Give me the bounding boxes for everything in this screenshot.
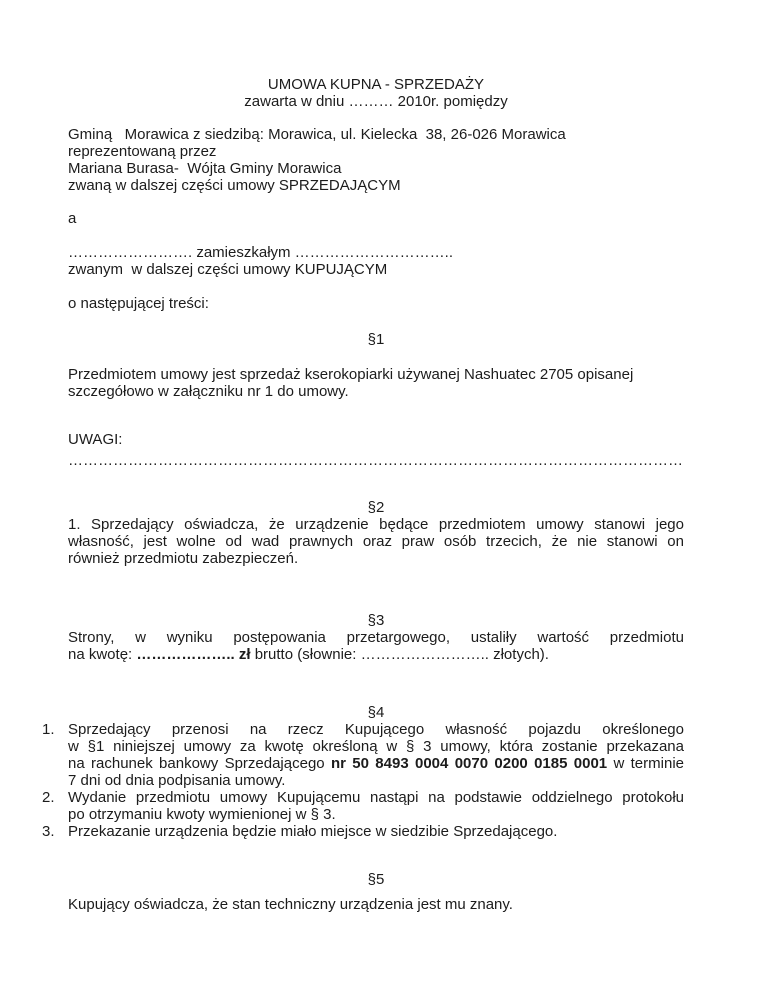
- section-2-line-2: własność, jest wolne od wad prawnych ora…: [68, 533, 684, 550]
- seller-line-4: zwaną w dalszej części umowy SPRZEDAJĄCY…: [68, 177, 684, 194]
- document-date-line: zawarta w dniu ……… 2010r. pomiędzy: [68, 93, 684, 110]
- list-item-3-line-1: Przekazanie urządzenia będzie miało miej…: [68, 823, 684, 840]
- section-2-line-3: również przedmiotu zabezpieczeń.: [68, 550, 684, 567]
- remarks-fill-dots: ……………………………………………………………………………………………………………: [68, 452, 684, 469]
- seller-block: Gminą Morawica z siedzibą: Morawica, ul.…: [68, 126, 684, 194]
- list-item-1: 1. Sprzedający przenosi na rzecz Kupując…: [42, 721, 684, 789]
- list-item-1-line-3: na rachunek bankowy Sprzedającego nr 50 …: [68, 755, 684, 772]
- list-item-3-body: Przekazanie urządzenia będzie miało miej…: [68, 823, 684, 840]
- section-1-heading: §1: [68, 331, 684, 348]
- list-item-1-number: 1.: [42, 721, 68, 738]
- list-item-2-line-1: Wydanie przedmiotu umowy Kupującemu nast…: [68, 789, 684, 806]
- bank-account-suffix: w terminie: [607, 755, 684, 772]
- list-item-2-body: Wydanie przedmiotu umowy Kupującemu nast…: [68, 789, 684, 823]
- remarks-block: UWAGI: …………………………………………………………………………………………: [68, 431, 684, 469]
- amount-placeholder: ……………….. zł: [136, 646, 250, 663]
- buyer-block: ……………………. zamieszkałym ………………………….. zwan…: [68, 244, 684, 278]
- document-title: UMOWA KUPNA - SPRZEDAŻY: [68, 76, 684, 93]
- preamble: o następującej treści:: [68, 295, 684, 312]
- list-item-2-number: 2.: [42, 789, 68, 806]
- amount-words: brutto (słownie: …………………….. złotych).: [251, 646, 549, 663]
- list-item-1-body: Sprzedający przenosi na rzecz Kupującego…: [68, 721, 684, 789]
- list-item-3: 3. Przekazanie urządzenia będzie miało m…: [42, 823, 684, 840]
- section-2-body: 1. Sprzedający oświadcza, że urządzenie …: [68, 516, 684, 567]
- list-item-1-line-4: 7 dni od dnia podpisania umowy.: [68, 772, 684, 789]
- buyer-line-1: ……………………. zamieszkałym …………………………..: [68, 244, 684, 261]
- bank-account-label: na rachunek bankowy Sprzedającego: [68, 755, 331, 772]
- section-5-body: Kupujący oświadcza, że stan techniczny u…: [68, 896, 684, 913]
- section-1-line-2: szczegółowo w załączniku nr 1 do umowy.: [68, 383, 684, 400]
- list-item-3-number: 3.: [42, 823, 68, 840]
- section-3-body: Strony, w wyniku postępowania przetargow…: [68, 629, 684, 663]
- list-item-2: 2. Wydanie przedmiotu umowy Kupującemu n…: [42, 789, 684, 823]
- section-3-line-1: Strony, w wyniku postępowania przetargow…: [68, 629, 684, 646]
- section-1-line-1: Przedmiotem umowy jest sprzedaż kserokop…: [68, 366, 684, 383]
- buyer-line-2: zwanym w dalszej części umowy KUPUJĄCYM: [68, 261, 684, 278]
- seller-line-2: reprezentowaną przez: [68, 143, 684, 160]
- section-2-heading: §2: [68, 499, 684, 516]
- list-item-2-line-2: po otrzymaniu kwoty wymienionej w § 3.: [68, 806, 684, 823]
- section-4-list: 1. Sprzedający przenosi na rzecz Kupując…: [42, 721, 684, 840]
- section-4-heading: §4: [68, 704, 684, 721]
- seller-line-1: Gminą Morawica z siedzibą: Morawica, ul.…: [68, 126, 684, 143]
- amount-label: na kwotę:: [68, 646, 136, 663]
- section-3-line-2: na kwotę: ……………….. zł brutto (słownie: ……: [68, 646, 684, 663]
- section-3-heading: §3: [68, 612, 684, 629]
- bank-account-number: nr 50 8493 0004 0070 0200 0185 0001: [331, 755, 607, 772]
- remarks-label: UWAGI:: [68, 431, 684, 448]
- list-item-1-line-1: Sprzedający przenosi na rzecz Kupującego…: [68, 721, 684, 738]
- section-2-line-1: 1. Sprzedający oświadcza, że urządzenie …: [68, 516, 684, 533]
- section-1-body: Przedmiotem umowy jest sprzedaż kserokop…: [68, 366, 684, 400]
- seller-line-3: Mariana Burasa- Wójta Gminy Morawica: [68, 160, 684, 177]
- contract-page: UMOWA KUPNA - SPRZEDAŻY zawarta w dniu ……: [0, 0, 768, 994]
- conjunction-a: a: [68, 210, 684, 227]
- section-5-heading: §5: [68, 871, 684, 888]
- list-item-1-line-2: w §1 niniejszej umowy za kwotę określoną…: [68, 738, 684, 755]
